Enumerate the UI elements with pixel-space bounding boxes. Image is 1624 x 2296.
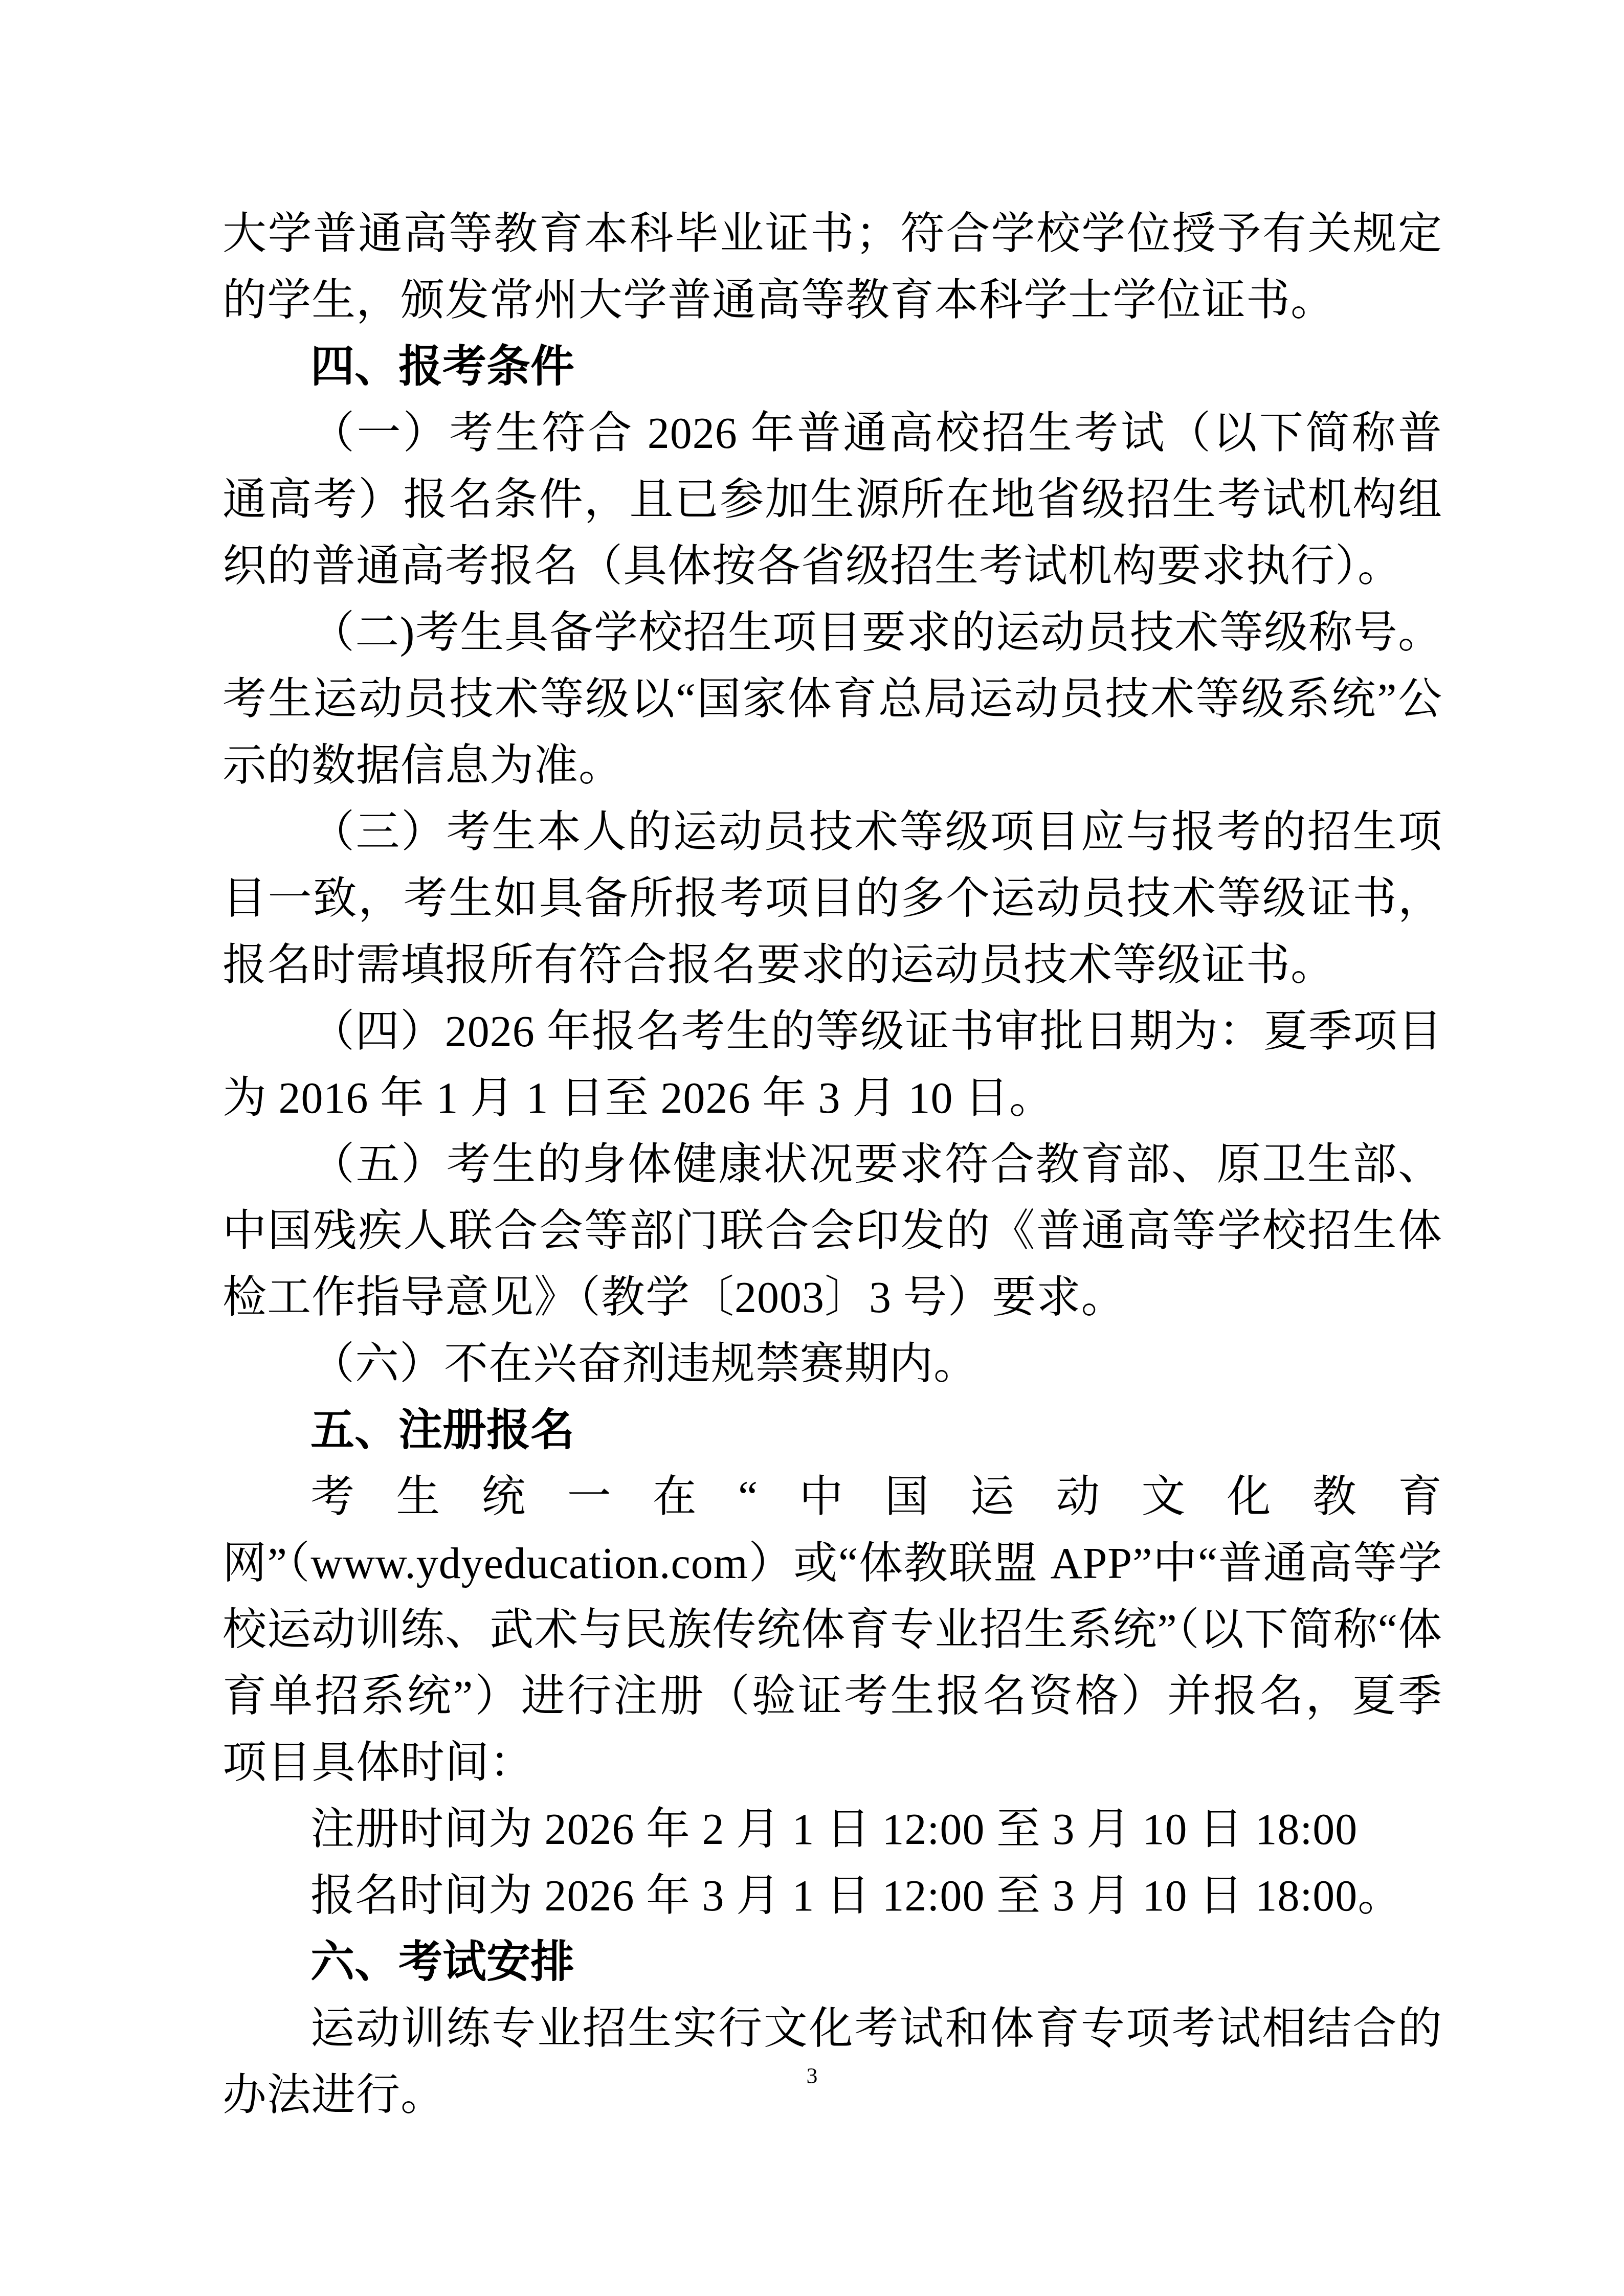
heading-registration: 五、注册报名 (223, 1397, 1442, 1464)
para-requirement-3: （三）考生本人的运动员技术等级项目应与报考的招生项目一致，考生如具备所报考项目的… (223, 799, 1442, 998)
page-number: 3 (0, 2063, 1624, 2089)
document-body: 大学普通高等教育本科毕业证书；符合学校学位授予有关规定的学生，颁发常州大学普通高… (223, 200, 1442, 2128)
para-exam-method: 运动训练专业招生实行文化考试和体育专项考试相结合的办法进行。 (223, 1995, 1442, 2128)
para-requirement-5: （五）考生的身体健康状况要求符合教育部、原卫生部、中国残疾人联合会等部门联合会印… (223, 1131, 1442, 1331)
para-degree-certificates: 大学普通高等教育本科毕业证书；符合学校学位授予有关规定的学生，颁发常州大学普通高… (223, 200, 1442, 333)
para-registration-info: 考生统一在“中国运动文化教育网”（www.ydyeducation.com）或“… (223, 1464, 1442, 1796)
para-requirement-4: （四）2026 年报名考生的等级证书审批日期为：夏季项目为 2016 年 1 月… (223, 998, 1442, 1131)
para-registration-time: 注册时间为 2026 年 2 月 1 日 12:00 至 3 月 10 日 18… (223, 1796, 1442, 1862)
heading-exam-arrangement: 六、考试安排 (223, 1929, 1442, 1995)
para-requirement-2: （二)考生具备学校招生项目要求的运动员技术等级称号。考生运动员技术等级以“国家体… (223, 599, 1442, 799)
para-signup-time: 报名时间为 2026 年 3 月 1 日 12:00 至 3 月 10 日 18… (223, 1862, 1442, 1929)
heading-application-requirements: 四、报考条件 (223, 333, 1442, 400)
para-requirement-1: （一）考生符合 2026 年普通高校招生考试（以下简称普通高考）报名条件，且已参… (223, 400, 1442, 599)
para-requirement-6: （六）不在兴奋剂违规禁赛期内。 (223, 1331, 1442, 1397)
